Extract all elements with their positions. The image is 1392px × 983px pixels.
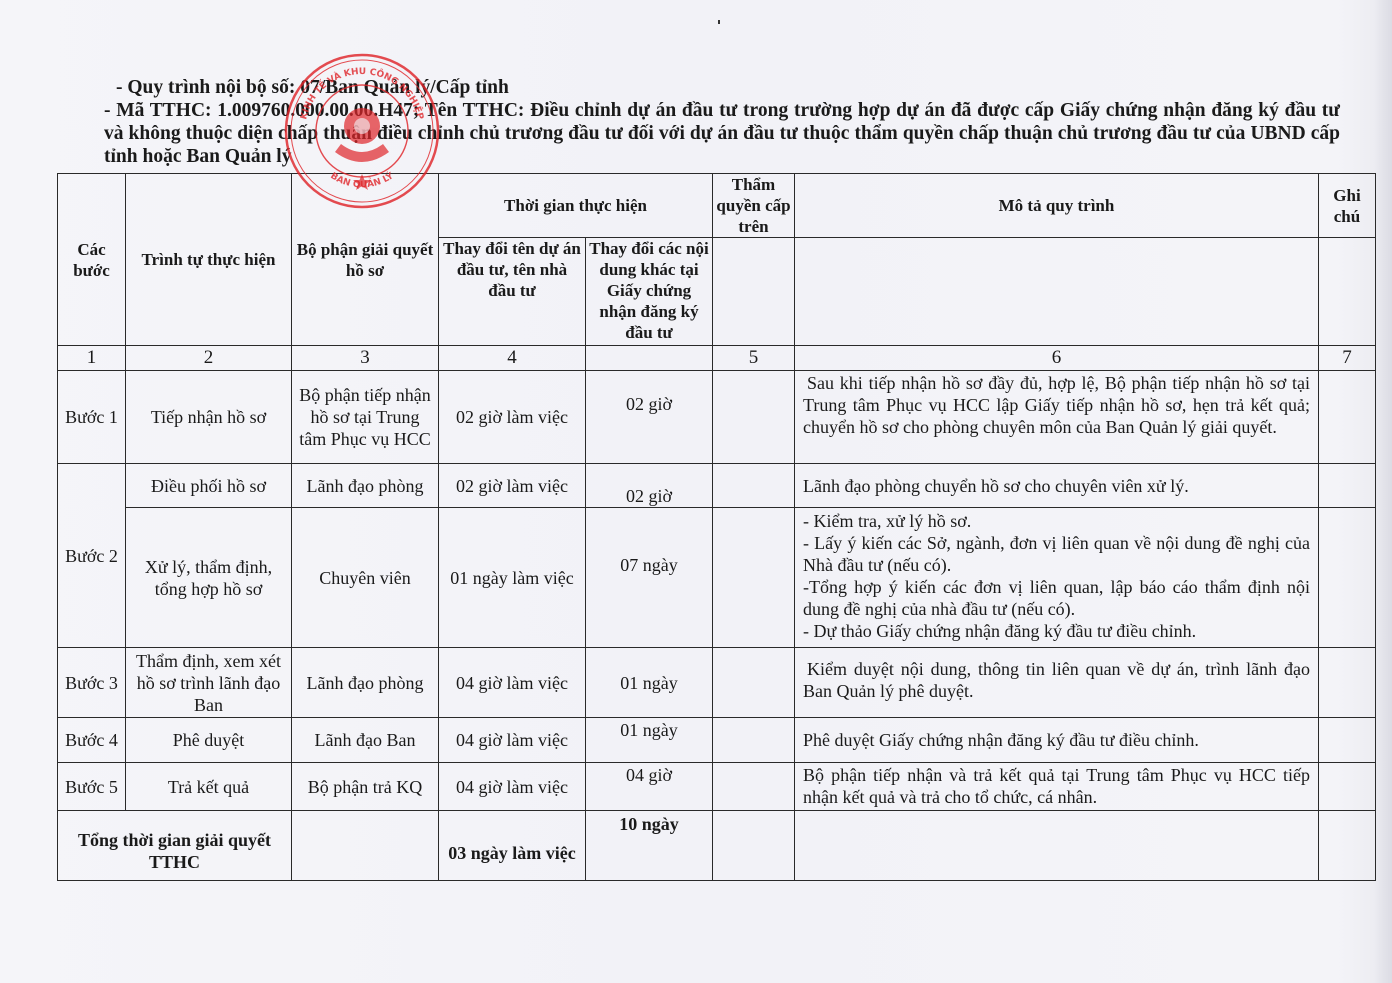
header-row-top: Các bước Trình tự thực hiện Bộ phận giải… — [58, 174, 1376, 238]
notes-cell — [1319, 763, 1376, 811]
time-b-cell: 01 ngày — [586, 718, 713, 763]
procedure-code-line: - Mã TTHC: 1.009760.000.00.00.H47; Tên T… — [100, 99, 1340, 168]
step-cell: Bước 3 — [58, 648, 126, 718]
total-time-b: 10 ngày — [586, 811, 713, 881]
time-a-cell: 01 ngày làm việc — [439, 508, 586, 648]
notes-cell — [1319, 508, 1376, 648]
procedure-name-label: Tên TTHC: — [425, 100, 525, 121]
header-notes: Ghi chú — [1319, 174, 1376, 238]
authority-cell — [713, 648, 795, 718]
table-row: Bước 4 Phê duyệt Lãnh đạo Ban 04 giờ làm… — [58, 718, 1376, 763]
description-line: -Tổng hợp ý kiến các đơn vị liên quan, l… — [803, 576, 1310, 620]
step-cell: Bước 5 — [58, 763, 126, 811]
time-b-cell: 02 giờ — [586, 464, 713, 508]
column-number-row: 1 2 3 4 5 6 7 — [58, 346, 1376, 371]
time-a-cell: 04 giờ làm việc — [439, 763, 586, 811]
table-row: Xử lý, thẩm định, tổng hợp hồ sơ Chuyên … — [58, 508, 1376, 648]
table-row: Bước 2 Điều phối hồ sơ Lãnh đạo phòng 02… — [58, 464, 1376, 508]
description-cell: - Kiểm tra, xử lý hồ sơ. - Lấy ý kiến cá… — [795, 508, 1319, 648]
description-line: - Lấy ý kiến các Sở, ngành, đơn vị liên … — [803, 532, 1310, 576]
authority-cell — [713, 718, 795, 763]
department-cell: Lãnh đạo phòng — [292, 648, 439, 718]
total-time-a: 03 ngày làm việc — [439, 811, 586, 881]
description-line: - Kiểm tra, xử lý hồ sơ. — [803, 510, 1310, 532]
document-intro: - Quy trình nội bộ số: 07/Ban Quản lý/Cấ… — [100, 76, 1340, 168]
time-b-cell: 04 giờ — [586, 763, 713, 811]
sequence-cell: Thẩm định, xem xét hồ sơ trình lãnh đạo … — [126, 648, 292, 718]
col-number: 1 — [58, 346, 126, 371]
procedure-number-line: - Quy trình nội bộ số: 07/Ban Quản lý/Cấ… — [100, 76, 1340, 99]
table-row: Bước 1 Tiếp nhận hồ sơ Bộ phận tiếp nhận… — [58, 371, 1376, 464]
scan-speck — [718, 20, 720, 24]
header-notes-blank — [1319, 238, 1376, 346]
sequence-cell: Phê duyệt — [126, 718, 292, 763]
total-description — [795, 811, 1319, 881]
header-description-blank — [795, 238, 1319, 346]
col-number: 7 — [1319, 346, 1376, 371]
time-a-cell: 02 giờ làm việc — [439, 464, 586, 508]
description-line: - Dự thảo Giấy chứng nhận đăng ký đầu tư… — [803, 620, 1310, 642]
total-department — [292, 811, 439, 881]
procedure-code: - Mã TTHC: 1.009760.000.00.00.H47; — [104, 100, 419, 121]
header-steps: Các bước — [58, 174, 126, 346]
time-b-cell: 07 ngày — [586, 508, 713, 648]
table-row: Bước 5 Trả kết quả Bộ phận trả KQ 04 giờ… — [58, 763, 1376, 811]
time-a-cell: 04 giờ làm việc — [439, 718, 586, 763]
description-cell: Phê duyệt Giấy chứng nhận đăng ký đầu tư… — [795, 718, 1319, 763]
header-time-group: Thời gian thực hiện — [439, 174, 713, 238]
col-number — [586, 346, 713, 371]
document-page: - Quy trình nội bộ số: 07/Ban Quản lý/Cấ… — [0, 0, 1392, 983]
step-cell: Bước 4 — [58, 718, 126, 763]
step-cell: Bước 1 — [58, 371, 126, 464]
total-authority — [713, 811, 795, 881]
sequence-cell: Xử lý, thẩm định, tổng hợp hồ sơ — [126, 508, 292, 648]
authority-cell — [713, 763, 795, 811]
header-authority-blank — [713, 238, 795, 346]
description-cell: Kiểm duyệt nội dung, thông tin liên quan… — [795, 648, 1319, 718]
time-b-cell: 02 giờ — [586, 371, 713, 464]
department-cell: Bộ phận trả KQ — [292, 763, 439, 811]
header-time-a: Thay đổi tên dự án đầu tư, tên nhà đầu t… — [439, 238, 586, 346]
header-department: Bộ phận giải quyết hồ sơ — [292, 174, 439, 346]
procedure-table: Các bước Trình tự thực hiện Bộ phận giải… — [57, 173, 1376, 881]
time-a-cell: 04 giờ làm việc — [439, 648, 586, 718]
notes-cell — [1319, 648, 1376, 718]
sequence-cell: Tiếp nhận hồ sơ — [126, 371, 292, 464]
authority-cell — [713, 464, 795, 508]
total-notes — [1319, 811, 1376, 881]
table-row: Bước 3 Thẩm định, xem xét hồ sơ trình lã… — [58, 648, 1376, 718]
sequence-cell: Điều phối hồ sơ — [126, 464, 292, 508]
authority-cell — [713, 508, 795, 648]
col-number: 3 — [292, 346, 439, 371]
col-number: 2 — [126, 346, 292, 371]
description-cell: Bộ phận tiếp nhận và trả kết quả tại Tru… — [795, 763, 1319, 811]
col-number: 5 — [713, 346, 795, 371]
department-cell: Lãnh đạo Ban — [292, 718, 439, 763]
department-cell: Lãnh đạo phòng — [292, 464, 439, 508]
header-sequence: Trình tự thực hiện — [126, 174, 292, 346]
header-time-b: Thay đổi các nội dung khác tại Giấy chứn… — [586, 238, 713, 346]
department-cell: Chuyên viên — [292, 508, 439, 648]
total-row: Tổng thời gian giải quyết TTHC 03 ngày l… — [58, 811, 1376, 881]
sequence-cell: Trả kết quả — [126, 763, 292, 811]
time-b-cell: 01 ngày — [586, 648, 713, 718]
col-number: 6 — [795, 346, 1319, 371]
scan-edge-shadow — [1374, 0, 1392, 983]
col-number: 4 — [439, 346, 586, 371]
header-authority: Thẩm quyền cấp trên — [713, 174, 795, 238]
notes-cell — [1319, 718, 1376, 763]
authority-cell — [713, 371, 795, 464]
description-cell: Sau khi tiếp nhận hồ sơ đầy đủ, hợp lệ, … — [795, 371, 1319, 464]
time-a-cell: 02 giờ làm việc — [439, 371, 586, 464]
total-label: Tổng thời gian giải quyết TTHC — [58, 811, 292, 881]
step-cell: Bước 2 — [58, 464, 126, 648]
department-cell: Bộ phận tiếp nhận hồ sơ tại Trung tâm Ph… — [292, 371, 439, 464]
header-description: Mô tả quy trình — [795, 174, 1319, 238]
notes-cell — [1319, 371, 1376, 464]
description-cell: Lãnh đạo phòng chuyển hồ sơ cho chuyên v… — [795, 464, 1319, 508]
notes-cell — [1319, 464, 1376, 508]
